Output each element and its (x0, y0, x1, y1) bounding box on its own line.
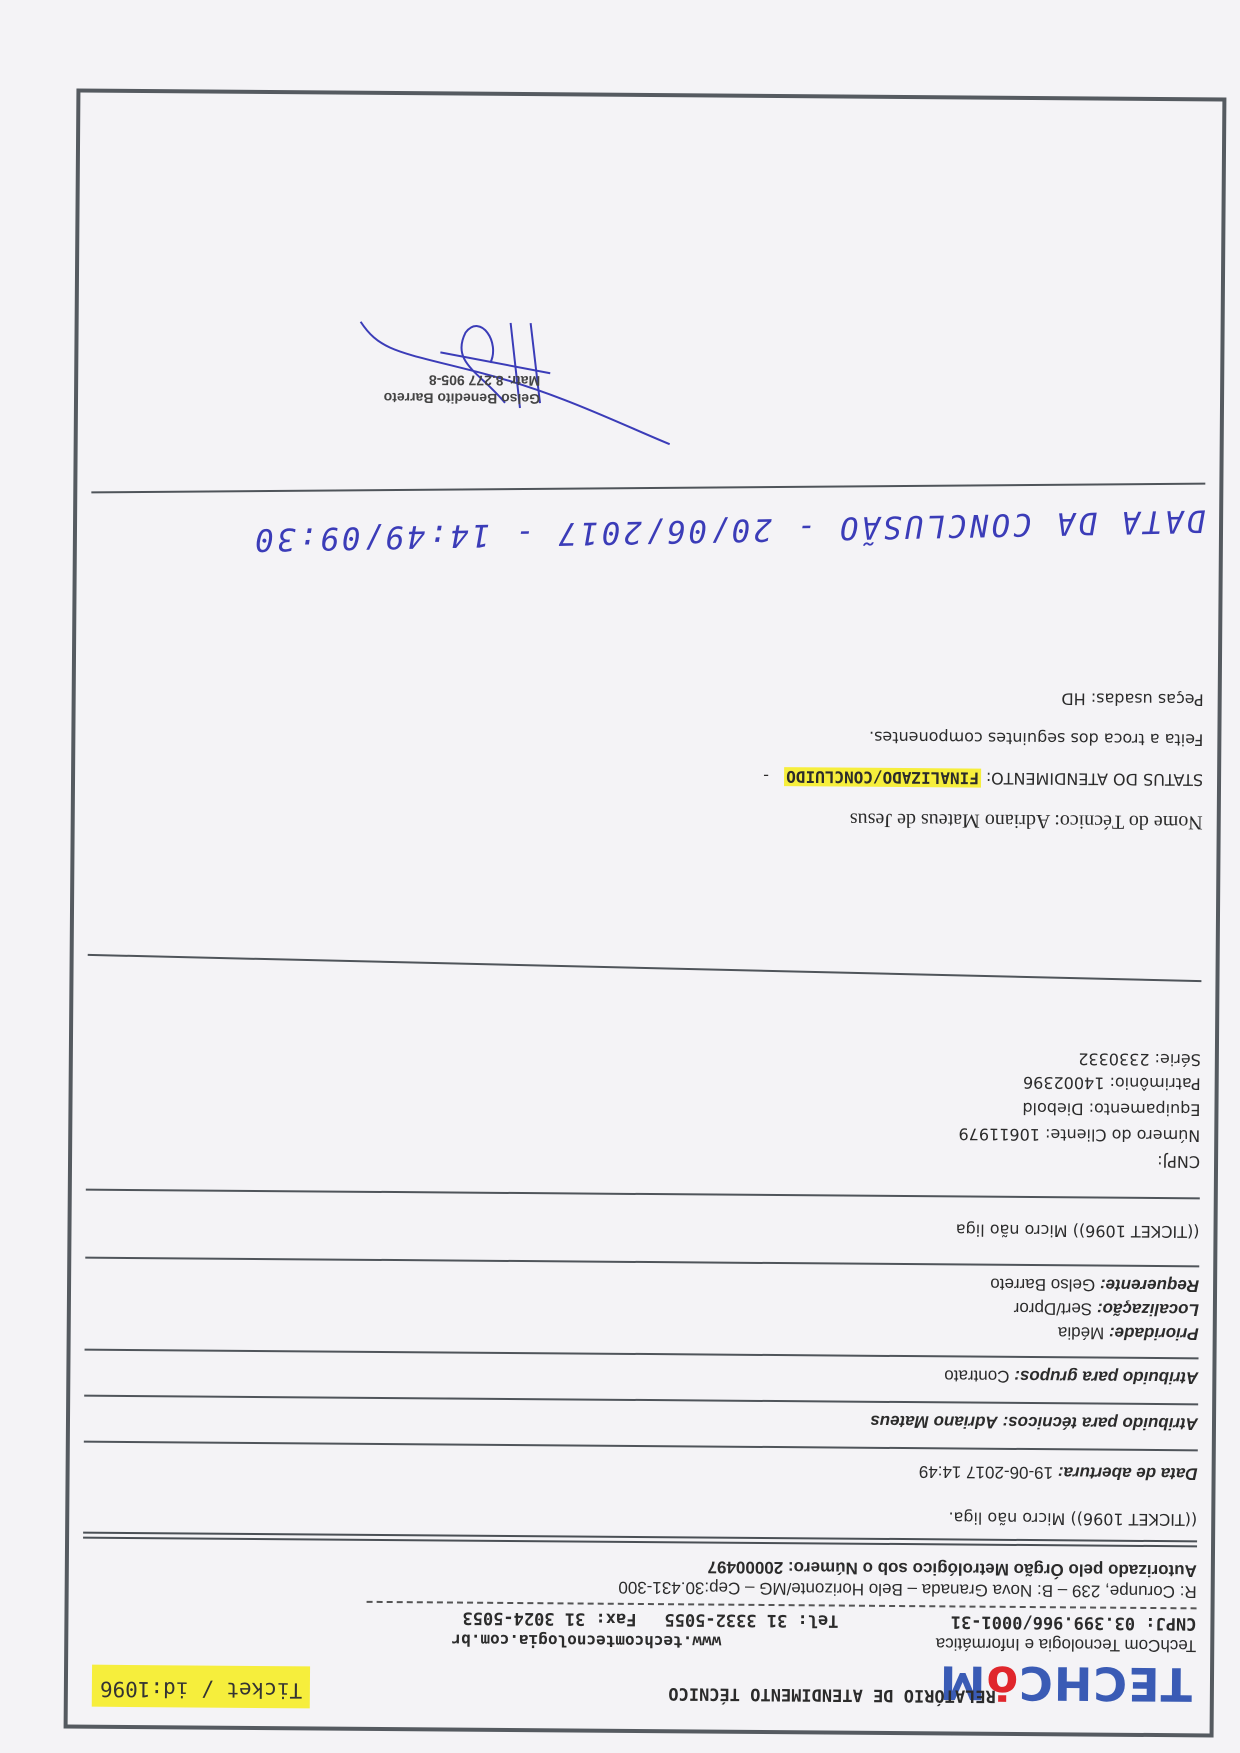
status-suffix: - (763, 767, 769, 786)
opening-date-row: Data de abertura: 19-06-2017 14:49 (919, 1461, 1198, 1483)
ticket-title: ((TICKET 1096)) Micro não liga. (948, 1508, 1197, 1529)
handwritten-completion-date: DATA DA CONCLUSÃO - 20/06/2017 - 14:49/0… (252, 502, 1206, 557)
divider (85, 1349, 1199, 1360)
signature-divider (91, 483, 1205, 494)
divider (84, 1441, 1198, 1452)
client-cnpj: CNPJ: (1157, 1152, 1200, 1171)
opening-date-value: 19-06-2017 14:49 (919, 1462, 1053, 1482)
groups-value: Contrato (944, 1366, 1009, 1386)
logo-text: TECHC (1018, 1656, 1192, 1711)
requester-label: Requerente: (1100, 1276, 1199, 1296)
groups-row: Atribuido para grupos: Contrato (944, 1365, 1198, 1387)
signature-stamp: Gelso Benedito Barreto Matr. 8.277 905-8 (384, 371, 541, 408)
priority-value: Média (1058, 1323, 1104, 1342)
company-name: TechCom Tecnologia e Informática (936, 1633, 1197, 1655)
header-double-divider (83, 1532, 1197, 1548)
client-number: Número do Cliente: 10611979 (958, 1124, 1200, 1145)
location-label: Localização: (1097, 1300, 1199, 1320)
divider (88, 954, 1202, 982)
company-cnpj: CNPJ: 03.399.966/0001-31 (951, 1611, 1197, 1633)
technicians-label: Atribuido para técnicos: (1002, 1413, 1198, 1434)
stamp-name: Gelso Benedito Barreto (384, 389, 541, 408)
location-row: Localização: Sert/Dpror (1014, 1298, 1199, 1319)
patrimony: Patrimônio: 14002396 (1023, 1073, 1201, 1093)
status-label: STATUS DO ATENDIMENTO: (986, 769, 1203, 790)
priority-row: Prioridade: Média (1058, 1322, 1199, 1343)
document-frame: TECHCȯM RELATÓRIO DE ATENDIMENTO TÉCNICO… (64, 89, 1227, 1738)
ticket-description: ((TICKET 1096)) Micro não liga (956, 1220, 1200, 1241)
divider (84, 1395, 1198, 1406)
company-website: www.techcomtecnologia.com.br (451, 1631, 721, 1652)
technicians-value: Adriano Mateus (870, 1412, 998, 1432)
replacement-note: Feita a troca dos seguintes componentes. (869, 728, 1204, 750)
report-title: RELATÓRIO DE ATENDIMENTO TÉCNICO (668, 1683, 996, 1706)
priority-label: Prioridade: (1109, 1324, 1199, 1344)
parts-used: Peças usadas: HD (1061, 689, 1204, 709)
requester-row: Requerente: Gelso Barreto (990, 1274, 1199, 1296)
serial-number: Série: 2330332 (1078, 1049, 1201, 1069)
divider (85, 1257, 1199, 1268)
technicians-row: Atribuido para técnicos: Adriano Mateus (870, 1411, 1198, 1434)
company-address: R: Corunpe, 239 – B: Nova Granada – Belo… (618, 1577, 1196, 1602)
technician-name: Nome do Técnico: Adriano Mateus de Jesus (850, 808, 1203, 834)
groups-label: Atribuido para grupos: (1014, 1367, 1198, 1387)
company-phone: Tel: 31 3332-5055 (664, 1609, 838, 1630)
company-fax: Fax: 31 3024-5053 (462, 1608, 636, 1629)
location-value: Sert/Dpror (1014, 1299, 1093, 1319)
status-row: STATUS DO ATENDIMENTO: FINALIZADO/CONCLU… (763, 767, 1203, 789)
stamp-registration: Matr. 8.277 905-8 (384, 371, 541, 390)
divider (86, 1189, 1200, 1200)
report-header: TECHCȯM RELATÓRIO DE ATENDIMENTO TÉCNICO… (82, 1561, 1197, 1720)
opening-date-label: Data de abertura: (1058, 1463, 1198, 1483)
scanned-page: TECHCȯM RELATÓRIO DE ATENDIMENTO TÉCNICO… (0, 0, 1240, 1753)
equipment: Equipamento: Diebold (1022, 1099, 1200, 1119)
metrology-authorization: Autorizado pelo Órgão Metrológico sob o … (707, 1557, 1196, 1581)
ticket-id-badge: Ticket / id:1096 (92, 1665, 311, 1709)
status-badge: FINALIZADO/CONCLUIDO (784, 767, 981, 788)
requester-value: Gelso Barreto (990, 1275, 1095, 1295)
